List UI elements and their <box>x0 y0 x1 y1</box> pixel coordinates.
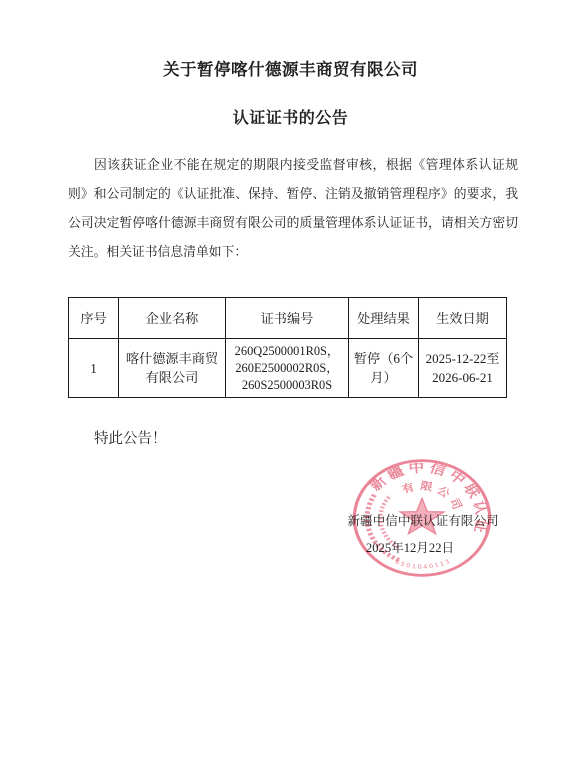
cert-number: 260S2500003R0S <box>228 377 346 394</box>
body-line: 因该获证企业不能在规定的期限内接受监督审核，根据《管理体系认证规 <box>68 151 518 180</box>
header-date: 生效日期 <box>419 298 507 339</box>
table-row: 1 喀什德源丰商贸有限公司 260Q2500001R0S， 260E250000… <box>69 339 507 398</box>
cell-cert-numbers: 260Q2500001R0S， 260E2500002R0S， 260S2500… <box>226 339 349 398</box>
body-paragraph: 因该获证企业不能在规定的期限内接受监督审核，根据《管理体系认证规 则》和公司制定… <box>68 151 518 267</box>
cell-result: 暂停（6个月） <box>349 339 419 398</box>
header-cert-number: 证书编号 <box>226 298 349 339</box>
cell-index: 1 <box>69 339 119 398</box>
signature-company: 新疆中信中联认证有限公司 <box>344 510 502 529</box>
date-line: 2026-06-21 <box>421 368 504 387</box>
signature-date: 2025年12月22日 <box>348 537 472 556</box>
cert-number: 260E2500002R0S， <box>228 360 346 377</box>
closing-statement: 特此公告！ <box>94 427 167 448</box>
header-index: 序号 <box>69 298 119 339</box>
body-line: 关注。相关证书信息清单如下： <box>68 238 518 267</box>
header-company: 企业名称 <box>119 298 226 339</box>
page-title-line1: 关于暂停喀什德源丰商贸有限公司 <box>0 56 581 80</box>
body-line: 则》和公司制定的《认证批准、保持、暂停、注销及撤销管理程序》的要求，我 <box>68 180 518 209</box>
header-result: 处理结果 <box>349 298 419 339</box>
cell-company: 喀什德源丰商贸有限公司 <box>119 339 226 398</box>
cert-number: 260Q2500001R0S， <box>228 343 346 360</box>
announcement-page: 关于暂停喀什德源丰商贸有限公司 认证证书的公告 因该获证企业不能在规定的期限内接… <box>0 0 581 771</box>
certificate-table: 序号 企业名称 证书编号 处理结果 生效日期 1 喀什德源丰商贸有限公司 260… <box>68 297 507 398</box>
page-title-line2: 认证证书的公告 <box>0 105 581 128</box>
table-header-row: 序号 企业名称 证书编号 处理结果 生效日期 <box>69 298 507 339</box>
date-line: 2025-12-22至 <box>421 349 504 368</box>
cell-effective-date: 2025-12-22至 2026-06-21 <box>419 339 507 398</box>
body-line: 公司决定暂停喀什德源丰商贸有限公司的质量管理体系认证证书，请相关方密切 <box>68 209 518 238</box>
